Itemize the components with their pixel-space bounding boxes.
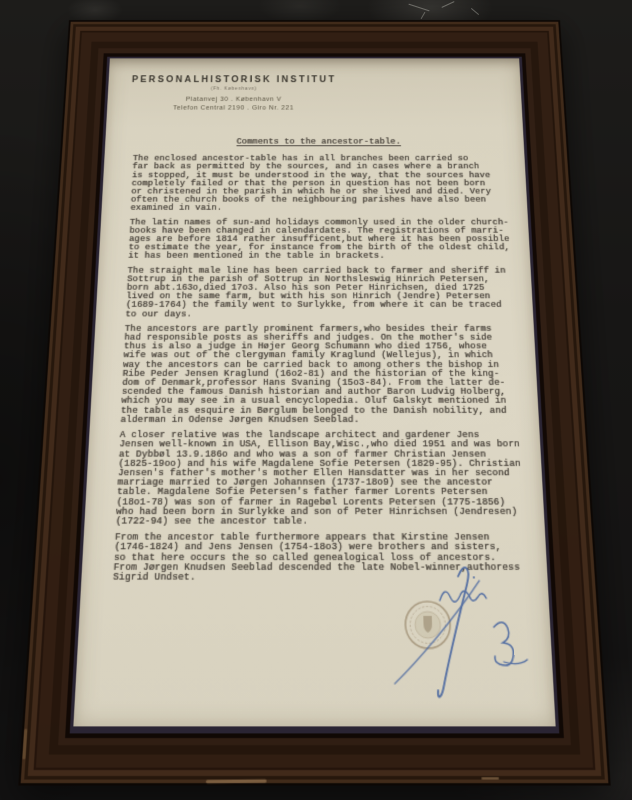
typed-paragraph: A closer relative was the landscape arch…	[115, 430, 522, 526]
picture-frame: PERSONALHISTORISK INSTITUT (Fh. Københav…	[18, 20, 610, 785]
backdrop-scratch	[421, 12, 426, 19]
typed-paragraph: The straight male line has been carried …	[125, 266, 512, 318]
letterhead-phone: Telefon Central 2190 . Giro Nr. 221	[116, 105, 350, 111]
typed-paragraph: The ancestors are partly prominent farme…	[120, 324, 518, 424]
letterhead-subtitle: (Fh. København)	[117, 86, 350, 91]
seal-and-signature	[334, 548, 574, 716]
backdrop-scratch	[471, 8, 479, 15]
backdrop-scratch	[441, 1, 454, 8]
document-title: Comments to the ancestor-table.	[236, 137, 401, 147]
typed-paragraph: The latin names of sun-and holidays comm…	[128, 218, 510, 261]
document-paper: PERSONALHISTORISK INSTITUT (Fh. Københav…	[73, 58, 555, 726]
backdrop-scratch	[408, 4, 429, 12]
frame-inner-shadow: PERSONALHISTORISK INSTITUT (Fh. Københav…	[70, 57, 560, 734]
frame-wear-mark	[481, 777, 499, 779]
letterhead: PERSONALHISTORISK INSTITUT (Fh. Københav…	[116, 75, 350, 111]
frame-wear-mark	[22, 729, 27, 760]
typed-text-block: Comments to the ancestor-table. The encl…	[113, 137, 526, 588]
document-title-row: Comments to the ancestor-table.	[133, 137, 504, 145]
typed-paragraph: The enclosed ancestor-table has in all b…	[130, 154, 507, 212]
institute-name: PERSONALHISTORISK INSTITUT	[118, 75, 351, 84]
frame-wood-molding: PERSONALHISTORISK INSTITUT (Fh. Københav…	[18, 20, 610, 785]
embossed-seal	[405, 602, 451, 649]
letterhead-address: Platanvej 30 . København V	[117, 97, 351, 103]
photo-backdrop: PERSONALHISTORISK INSTITUT (Fh. Københav…	[0, 0, 632, 800]
frame-wear-mark	[206, 779, 267, 783]
signature	[393, 567, 529, 696]
